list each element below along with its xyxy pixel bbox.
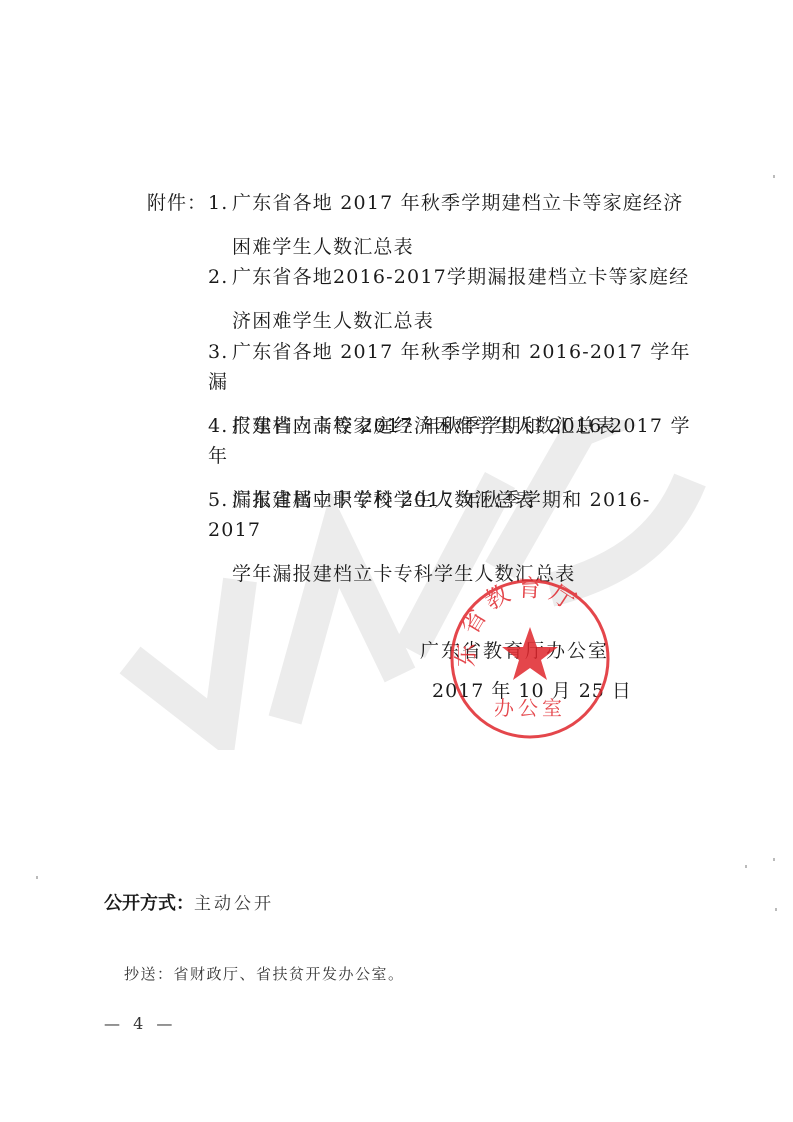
attachment-number: 3. <box>208 337 232 367</box>
attachment-item-5: 5.广东省属中职学校 2017 年秋季学期和 2016-2017 学年漏报建档立… <box>208 485 698 589</box>
cc-label: 抄送： <box>124 965 174 983</box>
attachments-label: 附件： <box>147 188 207 218</box>
disclosure-value: 主动公开 <box>194 894 274 914</box>
attachment-title-line1: 广东省各地2016-2017学期漏报建档立卡等家庭经 <box>232 266 689 288</box>
page-number: — 4 — <box>104 1012 176 1036</box>
attachment-number: 5. <box>208 485 232 515</box>
attachment-title-line2: 困难学生人数汇总表 <box>208 232 698 262</box>
attachment-item-1: 1.广东省各地 2017 年秋季学期建档立卡等家庭经济 困难学生人数汇总表 <box>208 188 698 262</box>
attachment-title-line1: 广东省属中职学校 2017 年秋季学期和 2016-2017 <box>208 489 650 541</box>
issuer-name: 广东省教育厅办公室 <box>420 640 609 662</box>
cc-recipients: 省财政厅、省扶贫开发办公室。 <box>174 965 405 983</box>
attachment-title-line2: 济困难学生人数汇总表 <box>208 306 698 336</box>
disclosure-label: 公开方式： <box>104 893 194 914</box>
attachment-item-2: 2.广东省各地2016-2017学期漏报建档立卡等家庭经 济困难学生人数汇总表 <box>208 262 698 336</box>
scan-speck <box>773 175 775 178</box>
attachment-title-line1: 广东省各地 2017 年秋季学期建档立卡等家庭经济 <box>232 192 683 214</box>
attachment-number: 2. <box>208 262 232 292</box>
scan-speck <box>773 858 775 861</box>
scan-speck <box>36 876 38 879</box>
attachment-title-line2: 学年漏报建档立卡专科学生人数汇总表 <box>208 559 698 589</box>
signature-block: 广东省教育厅办公室 2017 年 10 月 25 日 <box>420 636 632 706</box>
disclosure-line: 公开方式：主动公开 <box>104 888 274 919</box>
scan-speck <box>775 908 777 911</box>
issue-date: 2017 年 10 月 25 日 <box>420 676 632 706</box>
scan-speck <box>745 865 747 868</box>
attachment-title-line1: 广东省内高校 2017 年秋季学期和 2016-2017 学年 <box>208 415 691 467</box>
attachment-number: 4. <box>208 411 232 441</box>
attachment-title-line1: 广东省各地 2017 年秋季学期和 2016-2017 学年漏 <box>208 341 691 393</box>
attachment-number: 1. <box>208 188 232 218</box>
cc-line: 抄送：省财政厅、省扶贫开发办公室。 <box>124 962 405 986</box>
document-page: 附件： 1.广东省各地 2017 年秋季学期建档立卡等家庭经济 困难学生人数汇总… <box>0 0 793 1122</box>
